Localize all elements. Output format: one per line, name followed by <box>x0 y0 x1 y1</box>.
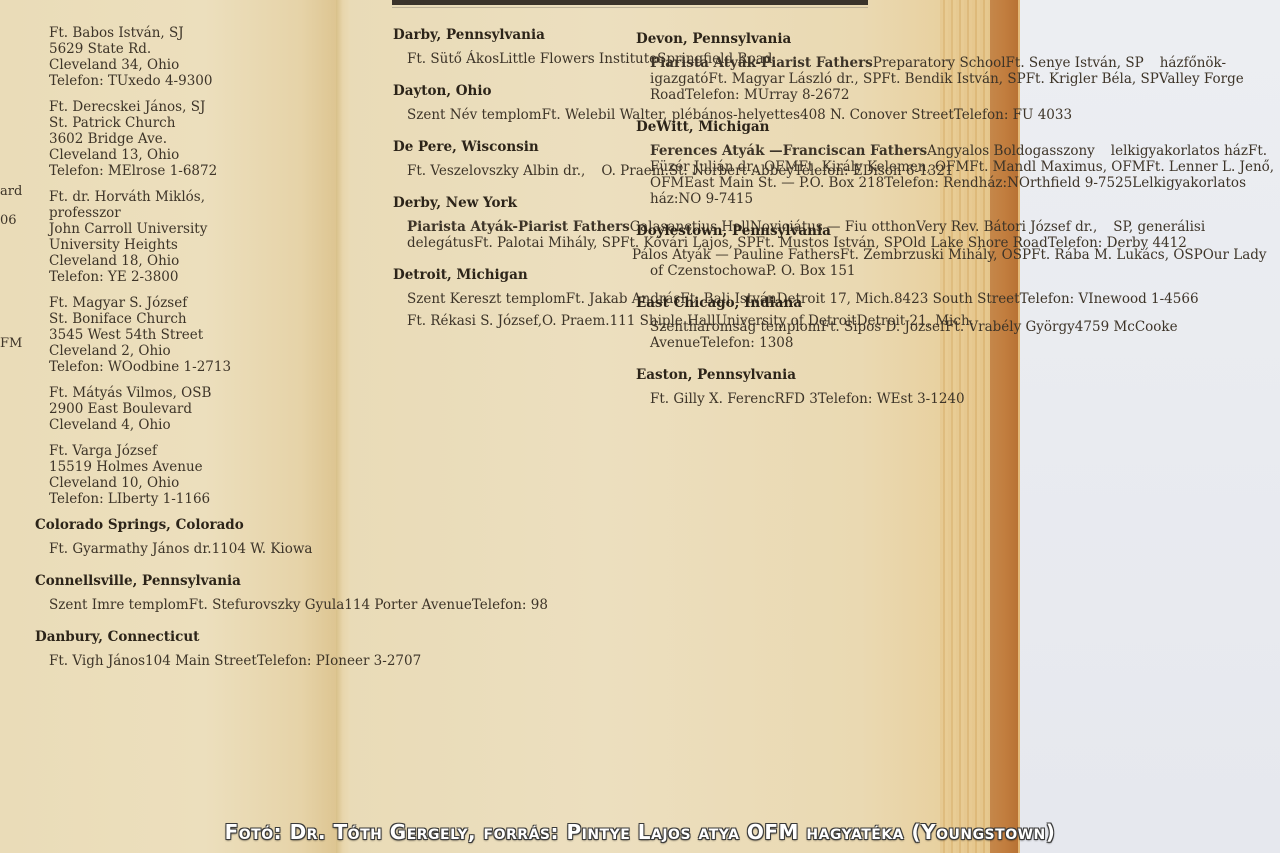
directory-line: Ft. Rékasi S. József, <box>407 313 542 329</box>
directory-line: Telefon: Rendház: <box>884 175 1007 191</box>
city-section: East Chicago, IndianaSzentháromság templ… <box>636 295 1280 351</box>
directory-line: Telefon: WEst 3-1240 <box>818 391 965 407</box>
directory-line: Ft. Sütő Ákos <box>407 51 499 67</box>
city-heading: East Chicago, Indiana <box>636 295 1280 311</box>
directory-line: NO 9-7415 <box>678 191 753 207</box>
directory-line: NOrthfield 9-7525 <box>1007 175 1132 191</box>
directory-line: Ft. Sipos D. József <box>821 319 945 335</box>
directory-line: P. O. Box 151 <box>766 263 856 279</box>
directory-line: Piarist Fathers <box>761 55 873 71</box>
directory-line: Ft. Gyarmathy János dr. <box>49 541 212 557</box>
directory-line: Ft. Veszelovszky Albin dr., <box>407 163 585 179</box>
directory-line: Szent Imre templom <box>49 597 189 613</box>
directory-line: Preparatory School <box>873 55 1006 71</box>
city-heading: Danbury, Connecticut <box>35 629 548 645</box>
city-heading: DeWitt, Michigan <box>636 119 1280 135</box>
directory-line: Cleveland 10, Ohio <box>49 475 548 491</box>
page-number: 299 <box>404 0 427 7</box>
directory-line: East Main St. — P.O. Box 218 <box>684 175 884 191</box>
directory-line: Ft. Gilly X. Ferenc <box>650 391 775 407</box>
city-section: Devon, PennsylvaniaPiarista Atyák-Piaris… <box>636 31 1280 103</box>
directory-line: Piarista Atyák- <box>650 55 761 71</box>
directory-line: Cleveland 4, Ohio <box>49 417 548 433</box>
city-section: DeWitt, MichiganFerences Atyák —Francisc… <box>636 119 1280 207</box>
directory-line: Piarista Atyák- <box>407 219 518 235</box>
directory-line: Telefon: MUrray 8-2672 <box>685 87 850 103</box>
directory-line: Telefon: 98 <box>472 597 548 613</box>
city-section: Easton, PennsylvaniaFt. Gilly X. FerencR… <box>636 367 1280 407</box>
city-heading: Easton, Pennsylvania <box>636 367 1280 383</box>
directory-line: Ft. Vigh János <box>49 653 145 669</box>
directory-line: Telefon: PIoneer 3-2707 <box>257 653 421 669</box>
city-heading: Colorado Springs, Colorado <box>35 517 548 533</box>
cutoff-fragment: 06 <box>0 213 17 228</box>
directory-line: Telefon: 1308 <box>700 335 793 351</box>
directory-line: RFD 3 <box>775 391 818 407</box>
directory-line: Ft. Rába M. Lukács, OSP <box>1031 247 1203 263</box>
directory-line: 114 Porter Avenue <box>344 597 472 613</box>
city-section: Doylestown, PennsylvaniaPálos Atyák — Pa… <box>636 223 1280 279</box>
city-section: Danbury, ConnecticutFt. Vigh János104 Ma… <box>35 629 548 669</box>
directory-line: Telefon: WOodbine 1-2713 <box>49 359 548 375</box>
directory-line: Szent Név templom <box>407 107 542 123</box>
directory-line: Little Flowers Institute <box>499 51 657 67</box>
directory-line: Ft. Zembrzuski Mihály, OSP <box>840 247 1031 263</box>
directory-line: Ft. Palotai Mihály, SP <box>474 235 620 251</box>
header-rule-thin <box>392 7 868 8</box>
cutoff-fragment: ard <box>0 184 22 199</box>
directory-line: Telefon: LIberty 1-1166 <box>49 491 548 507</box>
directory-line: Ft. Magyar László dr., SP <box>708 71 881 87</box>
directory-line: Ferences Atyák — <box>650 143 783 159</box>
city-heading: Doylestown, Pennsylvania <box>636 223 1280 239</box>
city-section: Connellsville, PennsylvaniaSzent Imre te… <box>35 573 548 613</box>
directory-line: Pálos Atyák — Pauline Fathers <box>632 247 840 263</box>
photo-scene: 299 ard 06 FM Ft. Babos István, SJ5629 S… <box>0 0 1280 853</box>
directory-entry: Ft. Varga József15519 Holmes AvenueCleve… <box>49 443 548 507</box>
directory-line: O. Praem. <box>542 313 610 329</box>
photo-credit-caption: Fotó: Dr. Tóth Gergely, forrás: Pintye L… <box>0 820 1280 844</box>
directory-line: Ft. Vrabély György <box>945 319 1075 335</box>
city-section: Colorado Springs, ColoradoFt. Gyarmathy … <box>35 517 548 557</box>
directory-line: Szent Kereszt templom <box>407 291 566 307</box>
directory-line: 15519 Holmes Avenue <box>49 459 548 475</box>
directory-line: 1104 W. Kiowa <box>212 541 313 557</box>
header-rule <box>392 0 868 5</box>
directory-line: Ft. Mandl Maximus, OFM <box>969 159 1145 175</box>
directory-line: Angyalos Boldogasszony <box>927 143 1095 159</box>
directory-line: Ft. Király Kelemen, OFM <box>798 159 969 175</box>
directory-line: Cleveland 2, Ohio <box>49 343 548 359</box>
directory-line: Ft. Mátyás Vilmos, OSB <box>49 385 548 401</box>
directory-line: Ft. Stefurovszky Gyula <box>189 597 345 613</box>
directory-line: Ft. Senye István, SP <box>1006 55 1144 71</box>
right-column: Devon, PennsylvaniaPiarista Atyák-Piaris… <box>636 31 1280 423</box>
directory-line: Ft. Bendik István, SP <box>881 71 1025 87</box>
directory-line: Szentháromság templom <box>650 319 821 335</box>
directory-line: 2900 East Boulevard <box>49 401 548 417</box>
directory-line: Ft. Krigler Béla, SP <box>1026 71 1159 87</box>
directory-entry: Ft. Mátyás Vilmos, OSB2900 East Boulevar… <box>49 385 548 433</box>
directory-line: lelkigyakorlatos ház <box>1095 143 1248 159</box>
directory-line: 104 Main Street <box>145 653 257 669</box>
directory-line: Piarist Fathers <box>518 219 630 235</box>
directory-line: Franciscan Fathers <box>783 143 927 159</box>
cutoff-fragment: FM <box>0 336 22 351</box>
city-heading: Connellsville, Pennsylvania <box>35 573 548 589</box>
city-heading: Devon, Pennsylvania <box>636 31 1280 47</box>
directory-line: Ft. Varga József <box>49 443 548 459</box>
